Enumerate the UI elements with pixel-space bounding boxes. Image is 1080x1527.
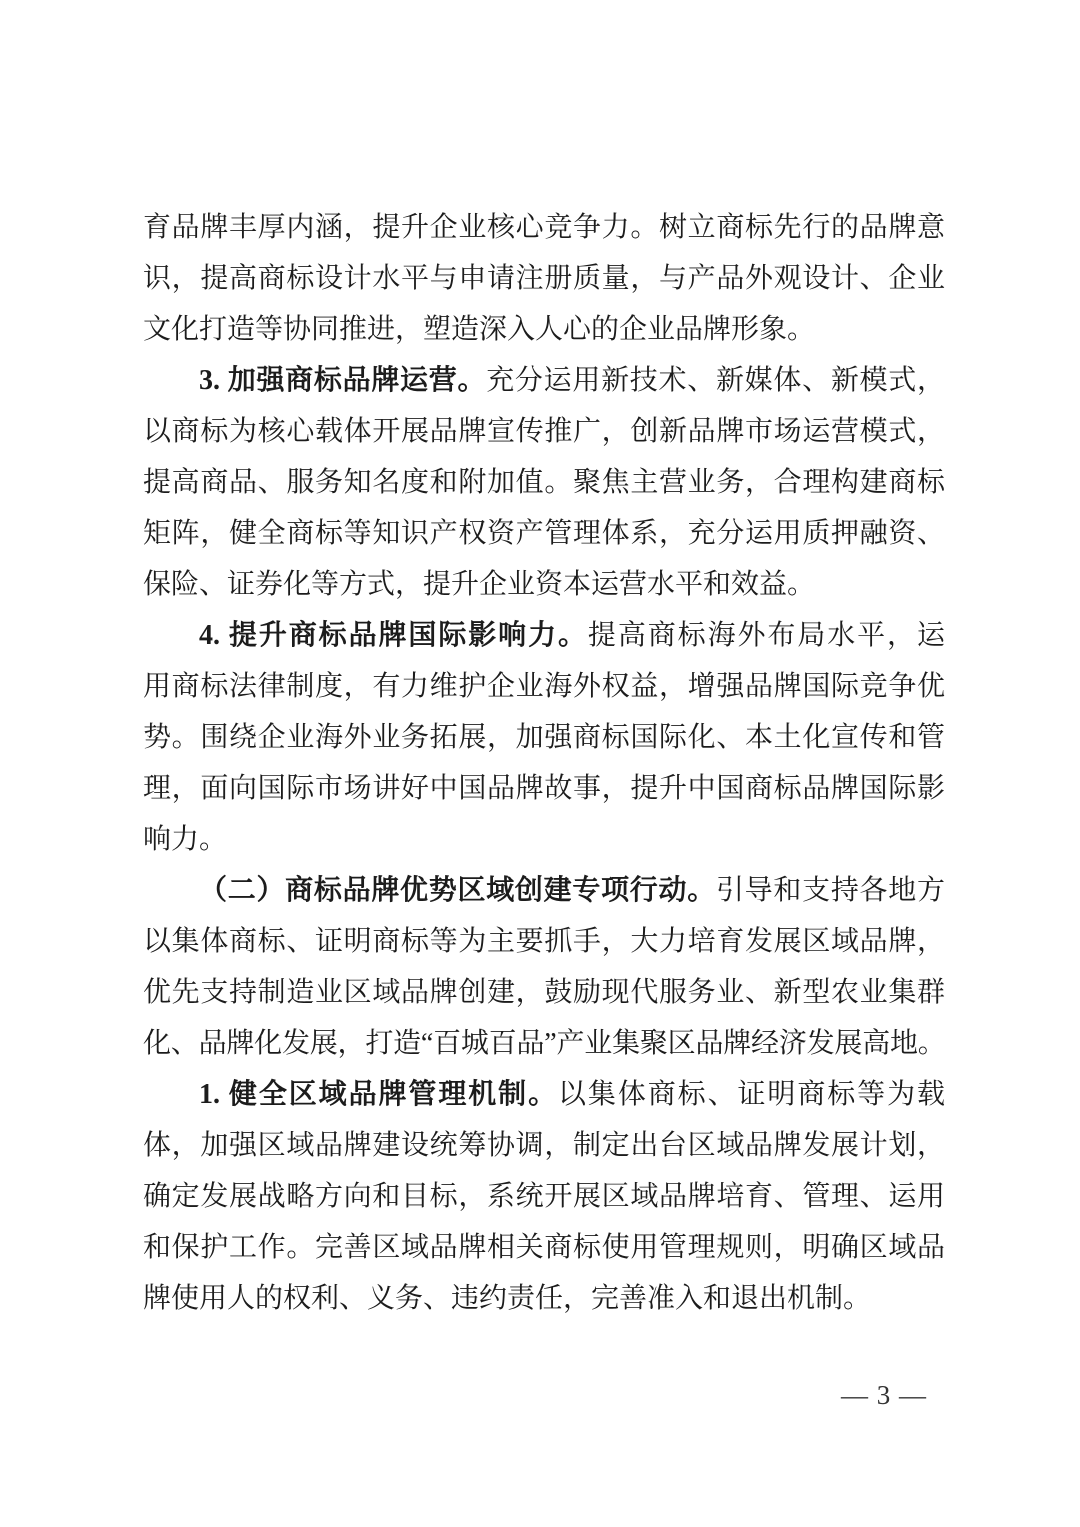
text-line: 3. 加强商标品牌运营。充分运用新技术、新媒体、新模式， [143, 355, 945, 406]
text-line: 和保护工作。完善区域品牌相关商标使用管理规则，明确区域品 [143, 1222, 945, 1273]
text-line: 育品牌丰厚内涵，提升企业核心竞争力。树立商标先行的品牌意 [143, 202, 945, 253]
text-segment-bold: （二）商标品牌优势区域创建专项行动。 [199, 875, 716, 906]
text-segment: 响力。 [143, 824, 227, 855]
text-segment: 矩阵，健全商标等知识产权资产管理体系，充分运用质押融资、 [143, 518, 945, 549]
text-segment-bold: 1. 健全区域品牌管理机制。 [199, 1079, 558, 1110]
text-line: 以集体商标、证明商标等为主要抓手，大力培育发展区域品牌， [143, 916, 945, 967]
text-segment: 以商标为核心载体开展品牌宣传推广，创新品牌市场运营模式， [143, 416, 945, 447]
text-segment: 育品牌丰厚内涵，提升企业核心竞争力。树立商标先行的品牌意 [143, 212, 945, 243]
text-line: 确定发展战略方向和目标，系统开展区域品牌培育、管理、运用 [143, 1171, 945, 1222]
text-segment-bold: 4. 提升商标品牌国际影响力。 [199, 620, 588, 651]
text-segment: 和保护工作。完善区域品牌相关商标使用管理规则，明确区域品 [143, 1232, 945, 1263]
text-segment: 以集体商标、证明商标等为主要抓手，大力培育发展区域品牌， [143, 926, 945, 957]
text-line: 以商标为核心载体开展品牌宣传推广，创新品牌市场运营模式， [143, 406, 945, 457]
text-line: 势。围绕企业海外业务拓展，加强商标国际化、本土化宣传和管 [143, 712, 945, 763]
page-number: — 3 — [0, 1375, 927, 1415]
text-segment: 体，加强区域品牌建设统筹协调，制定出台区域品牌发展计划， [143, 1130, 945, 1161]
text-segment: 用商标法律制度，有力维护企业海外权益，增强品牌国际竞争优 [143, 671, 945, 702]
text-line: 文化打造等协同推进，塑造深入人心的企业品牌形象。 [143, 304, 945, 355]
text-segment: 以集体商标、证明商标等为载 [558, 1079, 945, 1110]
text-segment: 牌使用人的权利、义务、违约责任，完善准入和退出机制。 [143, 1283, 871, 1314]
text-segment: 确定发展战略方向和目标，系统开展区域品牌培育、管理、运用 [143, 1181, 945, 1212]
text-segment: 识，提高商标设计水平与申请注册质量，与产品外观设计、企业 [143, 263, 945, 294]
text-line: 体，加强区域品牌建设统筹协调，制定出台区域品牌发展计划， [143, 1120, 945, 1171]
text-line: 牌使用人的权利、义务、违约责任，完善准入和退出机制。 [143, 1273, 945, 1324]
text-line: （二）商标品牌优势区域创建专项行动。引导和支持各地方 [143, 865, 945, 916]
text-segment: 充分运用新技术、新媒体、新模式， [486, 365, 945, 396]
text-segment: 化、品牌化发展，打造“百城百品”产业集聚区品牌经济发展高地。 [143, 1028, 945, 1059]
text-segment: 理，面向国际市场讲好中国品牌故事，提升中国商标品牌国际影 [143, 773, 945, 804]
text-segment: 文化打造等协同推进，塑造深入人心的企业品牌形象。 [143, 314, 815, 345]
text-line: 4. 提升商标品牌国际影响力。提高商标海外布局水平，运 [143, 610, 945, 661]
text-segment: 提高商标海外布局水平，运 [588, 620, 945, 651]
text-line: 用商标法律制度，有力维护企业海外权益，增强品牌国际竞争优 [143, 661, 945, 712]
text-line: 1. 健全区域品牌管理机制。以集体商标、证明商标等为载 [143, 1069, 945, 1120]
text-line: 提高商品、服务知名度和附加值。聚焦主营业务，合理构建商标 [143, 457, 945, 508]
text-segment-bold: 3. 加强商标品牌运营。 [199, 365, 486, 396]
text-segment: 引导和支持各地方 [716, 875, 945, 906]
text-line: 理，面向国际市场讲好中国品牌故事，提升中国商标品牌国际影 [143, 763, 945, 814]
text-line: 识，提高商标设计水平与申请注册质量，与产品外观设计、企业 [143, 253, 945, 304]
text-segment: 优先支持制造业区域品牌创建，鼓励现代服务业、新型农业集群 [143, 977, 945, 1008]
text-line: 响力。 [143, 814, 945, 865]
text-line: 优先支持制造业区域品牌创建，鼓励现代服务业、新型农业集群 [143, 967, 945, 1018]
text-line: 保险、证券化等方式，提升企业资本运营水平和效益。 [143, 559, 945, 610]
document-body-text: 育品牌丰厚内涵，提升企业核心竞争力。树立商标先行的品牌意识，提高商标设计水平与申… [143, 202, 945, 1324]
text-segment: 提高商品、服务知名度和附加值。聚焦主营业务，合理构建商标 [143, 467, 945, 498]
text-line: 矩阵，健全商标等知识产权资产管理体系，充分运用质押融资、 [143, 508, 945, 559]
text-segment: 势。围绕企业海外业务拓展，加强商标国际化、本土化宣传和管 [143, 722, 945, 753]
text-line: 化、品牌化发展，打造“百城百品”产业集聚区品牌经济发展高地。 [143, 1018, 945, 1069]
text-segment: 保险、证券化等方式，提升企业资本运营水平和效益。 [143, 569, 815, 600]
document-page: 育品牌丰厚内涵，提升企业核心竞争力。树立商标先行的品牌意识，提高商标设计水平与申… [0, 0, 1080, 1527]
